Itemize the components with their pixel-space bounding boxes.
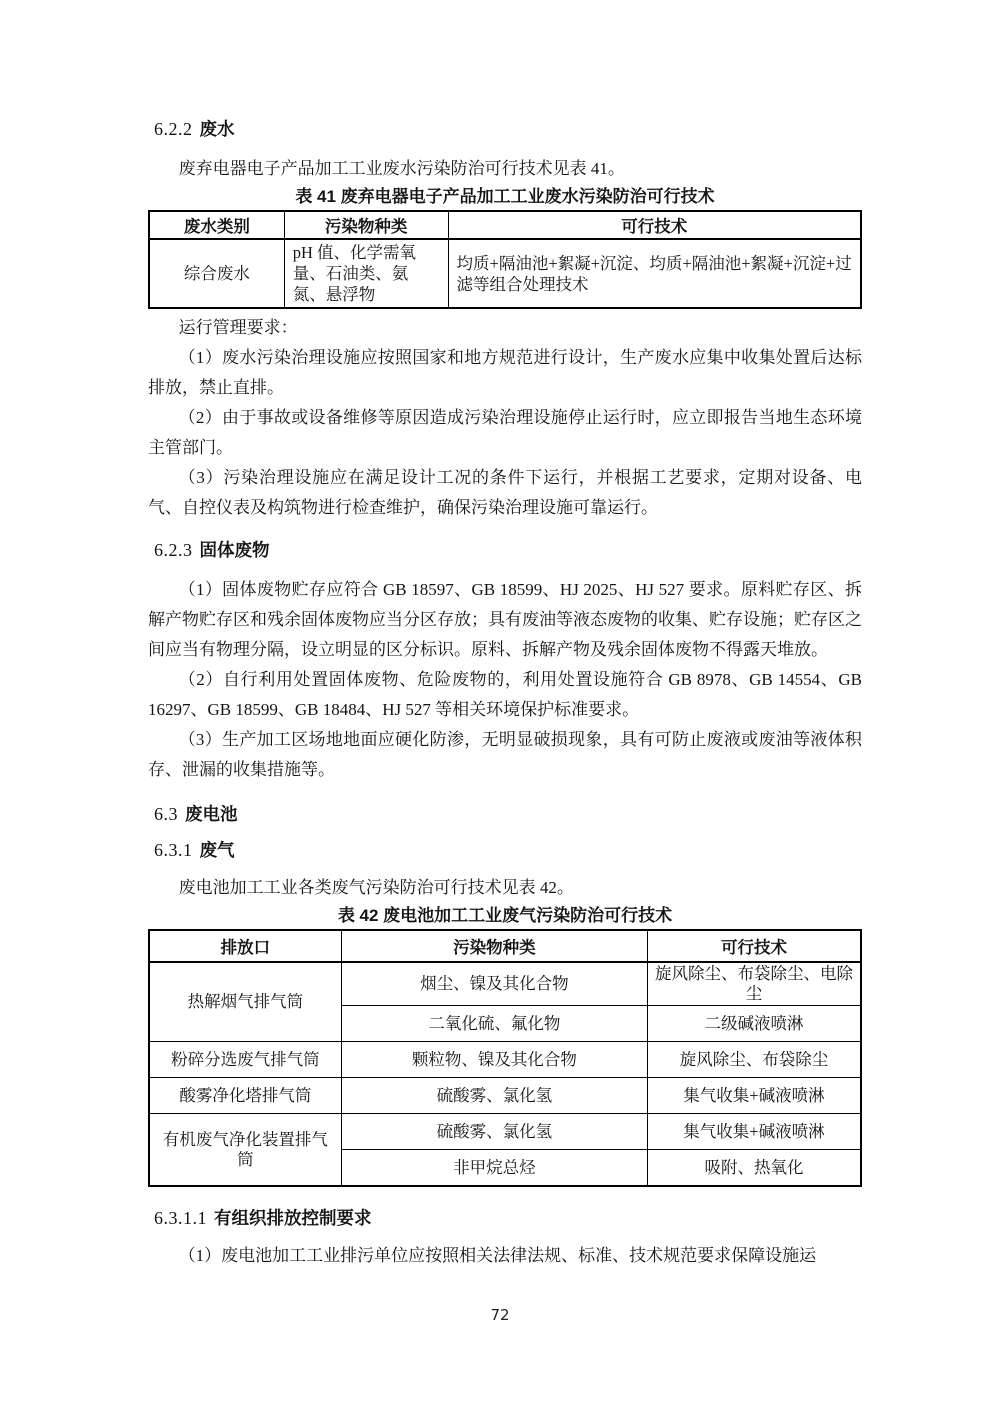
table42-header-feasible-technology: 可行技术 <box>647 930 861 962</box>
table42-cell-technology: 集气收集+碱液喷淋 <box>647 1078 861 1114</box>
paragraph-intro-table41: 废弃电器电子产品加工工业废水污染防治可行技术见表 41。 <box>148 154 862 184</box>
paragraph-solidwaste-item-2: （2）自行利用处置固体废物、危险废物的，利用处置设施符合 GB 8978、GB … <box>148 665 862 725</box>
table42-cell-pollutants: 硫酸雾、氯化氢 <box>341 1114 647 1150</box>
section-heading-6-2-3: 6.2.3固体废物 <box>154 537 862 563</box>
page-number: 72 <box>0 1306 1000 1324</box>
paragraph-ops-item-1: （1）废水污染治理设施应按照国家和地方规范进行设计，生产废水应集中收集处置后达标… <box>148 343 862 403</box>
table42-cell-technology: 吸附、热氧化 <box>647 1150 861 1187</box>
table42-cell-technology: 旋风除尘、布袋除尘 <box>647 1042 861 1078</box>
table42-cell-technology: 集气收集+碱液喷淋 <box>647 1114 861 1150</box>
table-41: 废水类别 污染物种类 可行技术 综合废水 pH 值、化学需氧量、石油类、氨氮、悬… <box>148 210 862 309</box>
section-title: 废水 <box>200 119 235 139</box>
table42-caption: 表 42 废电池加工工业废气污染防治可行技术 <box>148 905 862 927</box>
paragraph-organized-emission-item-1: （1）废电池加工工业排污单位应按照相关法律法规、标准、技术规范要求保障设施运 <box>148 1241 862 1271</box>
table41-caption: 表 41 废弃电器电子产品加工工业废水污染防治可行技术 <box>148 186 862 208</box>
table42-cell-outlet-acid-mist: 酸雾净化塔排气筒 <box>149 1078 341 1114</box>
section-number: 6.2.3 <box>154 540 193 560</box>
table-42: 排放口 污染物种类 可行技术 热解烟气排气筒 烟尘、镍及其化合物 旋风除尘、布袋… <box>148 929 862 1187</box>
section-heading-6-3: 6.3废电池 <box>154 801 862 827</box>
table42-cell-outlet-organic-gas: 有机废气净化装置排气筒 <box>149 1114 341 1187</box>
table41-header-row: 废水类别 污染物种类 可行技术 <box>149 211 861 239</box>
table42-cell-pollutants: 非甲烷总烃 <box>341 1150 647 1187</box>
paragraph-solidwaste-item-3: （3）生产加工区场地地面应硬化防渗，无明显破损现象，具有可防止废液或废油等液体积… <box>148 725 862 785</box>
table42-header-row: 排放口 污染物种类 可行技术 <box>149 930 861 962</box>
section-heading-6-3-1-1: 6.3.1.1有组织排放控制要求 <box>154 1205 862 1231</box>
table41-cell-pollutants: pH 值、化学需氧量、石油类、氨氮、悬浮物 <box>284 239 448 308</box>
table41-header-feasible-technology: 可行技术 <box>448 211 861 239</box>
section-number: 6.3 <box>154 804 178 824</box>
table42-cell-pollutants: 颗粒物、镍及其化合物 <box>341 1042 647 1078</box>
paragraph-ops-item-2: （2）由于事故或设备维修等原因造成污染治理设施停止运行时，应立即报告当地生态环境… <box>148 403 862 463</box>
table41-cell-technology: 均质+隔油池+絮凝+沉淀、均质+隔油池+絮凝+沉淀+过滤等组合处理技术 <box>448 239 861 308</box>
section-title: 废气 <box>200 840 235 860</box>
table42-cell-technology: 旋风除尘、布袋除尘、电除尘 <box>647 962 861 1006</box>
table42-cell-outlet-crushing: 粉碎分选废气排气筒 <box>149 1042 341 1078</box>
section-number: 6.2.2 <box>154 119 193 139</box>
table-row: 酸雾净化塔排气筒 硫酸雾、氯化氢 集气收集+碱液喷淋 <box>149 1078 861 1114</box>
table-row: 有机废气净化装置排气筒 硫酸雾、氯化氢 集气收集+碱液喷淋 <box>149 1114 861 1150</box>
section-number: 6.3.1.1 <box>154 1208 207 1228</box>
table42-cell-pollutants: 硫酸雾、氯化氢 <box>341 1078 647 1114</box>
table42-cell-outlet-pyrolysis: 热解烟气排气筒 <box>149 962 341 1042</box>
table42-cell-technology: 二级碱液喷淋 <box>647 1006 861 1042</box>
section-title: 废电池 <box>185 804 238 824</box>
section-number: 6.3.1 <box>154 840 193 860</box>
table41-header-pollutant-type: 污染物种类 <box>284 211 448 239</box>
section-heading-6-2-2: 6.2.2废水 <box>154 116 862 142</box>
table42-cell-pollutants: 烟尘、镍及其化合物 <box>341 962 647 1006</box>
table-row: 粉碎分选废气排气筒 颗粒物、镍及其化合物 旋风除尘、布袋除尘 <box>149 1042 861 1078</box>
document-page: 6.2.2废水 废弃电器电子产品加工工业废水污染防治可行技术见表 41。 表 4… <box>0 0 1000 1414</box>
table41-cell-category: 综合废水 <box>149 239 284 308</box>
paragraph-ops-lead: 运行管理要求： <box>148 313 862 343</box>
table42-header-outlet: 排放口 <box>149 930 341 962</box>
table-row: 热解烟气排气筒 烟尘、镍及其化合物 旋风除尘、布袋除尘、电除尘 <box>149 962 861 1006</box>
table42-cell-pollutants: 二氧化硫、氟化物 <box>341 1006 647 1042</box>
section-title: 有组织排放控制要求 <box>214 1208 372 1228</box>
paragraph-intro-table42: 废电池加工工业各类废气污染防治可行技术见表 42。 <box>148 873 862 903</box>
paragraph-ops-item-3: （3）污染治理设施应在满足设计工况的条件下运行，并根据工艺要求，定期对设备、电气… <box>148 463 862 523</box>
table41-header-wastewater-type: 废水类别 <box>149 211 284 239</box>
paragraph-solidwaste-item-1: （1）固体废物贮存应符合 GB 18597、GB 18599、HJ 2025、H… <box>148 575 862 665</box>
section-heading-6-3-1: 6.3.1废气 <box>154 837 862 863</box>
section-title: 固体废物 <box>200 540 270 560</box>
table-row: 综合废水 pH 值、化学需氧量、石油类、氨氮、悬浮物 均质+隔油池+絮凝+沉淀、… <box>149 239 861 308</box>
table42-header-pollutant-type: 污染物种类 <box>341 930 647 962</box>
